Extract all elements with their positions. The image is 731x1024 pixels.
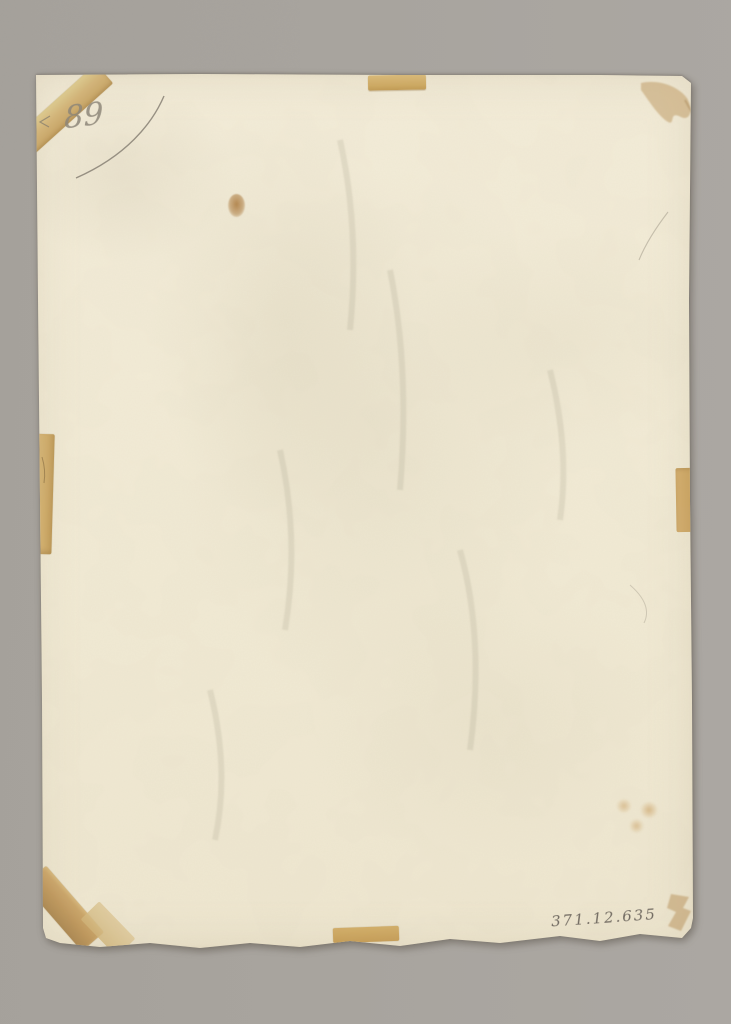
tape-top-center	[368, 74, 426, 90]
pencil-hairline-lower-right	[630, 585, 647, 623]
tape-bottom-center	[333, 926, 399, 943]
foxing-spot	[629, 819, 644, 833]
accession-number-inscription: 371.12.635	[551, 903, 682, 930]
pencil-arc-upper-right	[639, 212, 668, 260]
paper-verso-sheet: 89 371.12.635	[30, 70, 698, 952]
stain-spot-upper-center	[228, 194, 245, 217]
paper-grain-texture	[30, 70, 698, 952]
photograph-gray-mat: 89 371.12.635	[0, 0, 731, 1024]
foxing-spot	[640, 802, 658, 818]
pencil-and-stain-marks	[30, 70, 698, 952]
tape-left-edge	[30, 434, 54, 555]
foxing-spot	[616, 799, 632, 813]
paper-shadow-wrap: 89 371.12.635	[30, 70, 698, 952]
inscription-top-left: 89	[64, 95, 103, 136]
adhesive-stain-top-right	[641, 82, 690, 123]
tape-right-edge	[675, 468, 693, 532]
